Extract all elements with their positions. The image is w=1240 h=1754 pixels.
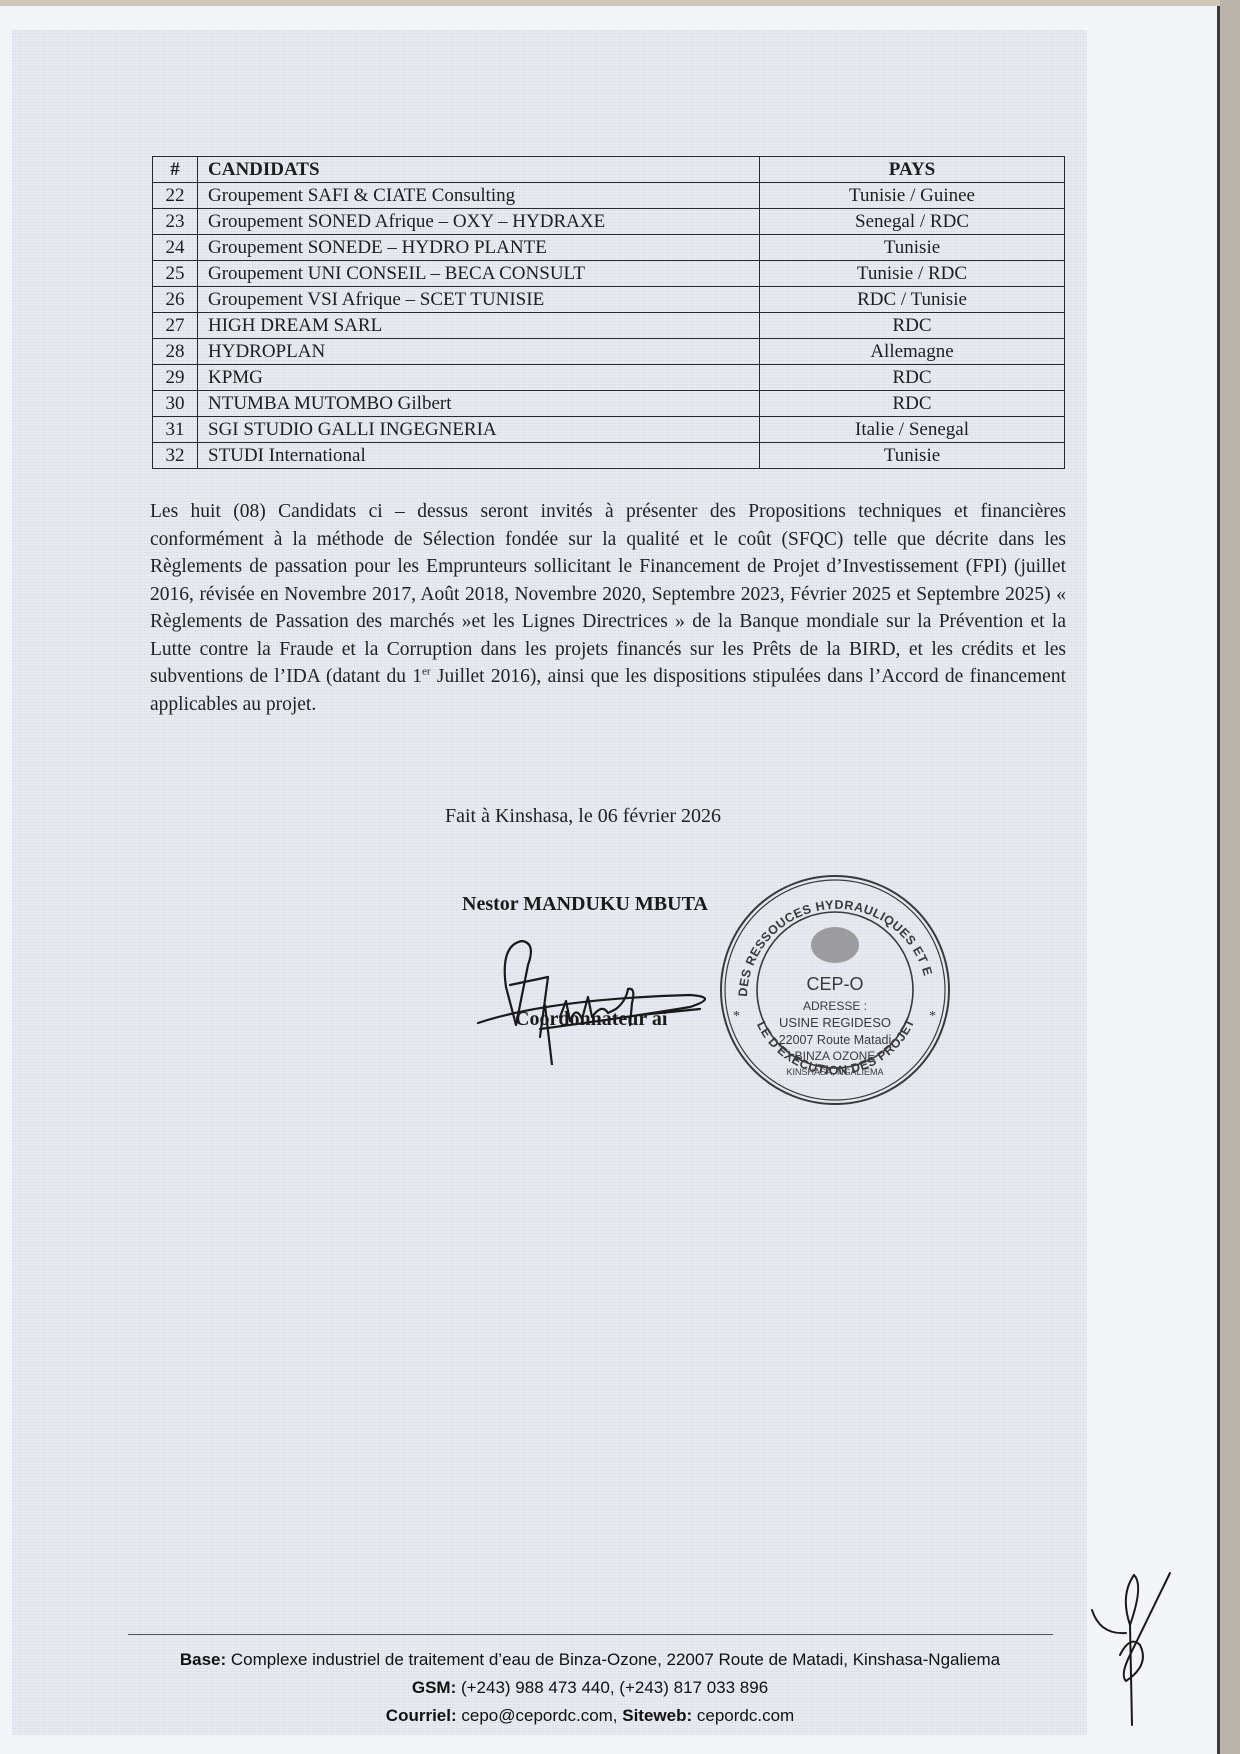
table-row: 30NTUMBA MUTOMBO GilbertRDC [153,391,1065,417]
footer-base-line: Base: Complexe industriel de traitement … [110,1646,1070,1674]
table-row: 24Groupement SONEDE – HYDRO PLANTETunisi… [153,235,1065,261]
footer-divider [128,1634,1053,1635]
paragraph-superscript: er [422,666,431,678]
row-number: 25 [153,261,198,287]
row-country: Italie / Senegal [760,417,1065,443]
svg-text:KINSHASA, NGALIEMA: KINSHASA, NGALIEMA [786,1067,883,1077]
row-country: RDC [760,365,1065,391]
row-candidate: Groupement SAFI & CIATE Consulting [198,183,760,209]
table-body: 22Groupement SAFI & CIATE ConsultingTuni… [153,183,1065,469]
row-country: Tunisie [760,235,1065,261]
handwritten-signature-icon [470,925,730,1065]
row-candidate: SGI STUDIO GALLI INGEGNERIA [198,417,760,443]
header-pays: PAYS [760,157,1065,183]
row-candidate: NTUMBA MUTOMBO Gilbert [198,391,760,417]
svg-text:USINE REGIDESO: USINE REGIDESO [779,1015,891,1030]
row-country: Senegal / RDC [760,209,1065,235]
table-row: 23Groupement SONED Afrique – OXY – HYDRA… [153,209,1065,235]
row-country: Tunisie [760,443,1065,469]
row-country: RDC / Tunisie [760,287,1065,313]
svg-text:*: * [733,1009,740,1024]
row-candidate: HYDROPLAN [198,339,760,365]
candidates-table: # CANDIDATS PAYS 22Groupement SAFI & CIA… [152,156,1065,469]
footer-email-text: cepo@cepordc.com, [457,1706,623,1725]
row-number: 23 [153,209,198,235]
row-number: 29 [153,365,198,391]
row-candidate: KPMG [198,365,760,391]
svg-text:22007 Route Matadi: 22007 Route Matadi [779,1033,892,1047]
header-num: # [153,157,198,183]
table-row: 32STUDI InternationalTunisie [153,443,1065,469]
scan-background [1220,0,1240,1754]
initials-signature-icon [1090,1565,1200,1730]
row-number: 30 [153,391,198,417]
row-number: 31 [153,417,198,443]
row-number: 32 [153,443,198,469]
official-stamp-icon: MINISTERE DES RESSOUCES HYDRAULIQUES ET … [715,870,955,1110]
header-candidats: CANDIDATS [198,157,760,183]
table-row: 31SGI STUDIO GALLI INGEGNERIAItalie / Se… [153,417,1065,443]
footer: Base: Complexe industriel de traitement … [110,1646,1070,1730]
footer-base-label: Base: [180,1650,226,1669]
row-country: RDC [760,313,1065,339]
row-candidate: Groupement SONEDE – HYDRO PLANTE [198,235,760,261]
signer-title: Coordonnateur ai [515,1008,667,1031]
row-country: Tunisie / RDC [760,261,1065,287]
page-edge [1217,6,1220,1754]
svg-text:BINZA OZONE: BINZA OZONE [795,1049,876,1063]
table-row: 22Groupement SAFI & CIATE ConsultingTuni… [153,183,1065,209]
scan-top-edge [0,0,1240,6]
row-number: 22 [153,183,198,209]
footer-contact-line: Courriel: cepo@cepordc.com, Siteweb: cep… [110,1702,1070,1730]
row-candidate: Groupement VSI Afrique – SCET TUNISIE [198,287,760,313]
svg-text:CEP-O: CEP-O [806,974,863,994]
footer-gsm-label: GSM: [412,1678,456,1697]
row-candidate: STUDI International [198,443,760,469]
footer-base-text: Complexe industriel de traitement d’eau … [226,1650,1000,1669]
row-country: Allemagne [760,339,1065,365]
paragraph-text: Les huit (08) Candidats ci – dessus sero… [150,501,1066,687]
svg-text:ADRESSE :: ADRESSE : [803,999,867,1013]
svg-text:*: * [929,1009,936,1024]
footer-gsm-line: GSM: (+243) 988 473 440, (+243) 817 033 … [110,1674,1070,1702]
table-row: 26Groupement VSI Afrique – SCET TUNISIER… [153,287,1065,313]
footer-gsm-text: (+243) 988 473 440, (+243) 817 033 896 [456,1678,768,1697]
table-row: 27HIGH DREAM SARLRDC [153,313,1065,339]
row-candidate: Groupement UNI CONSEIL – BECA CONSULT [198,261,760,287]
footer-site-label: Siteweb: [622,1706,692,1725]
table-row: 29KPMGRDC [153,365,1065,391]
table-row: 25Groupement UNI CONSEIL – BECA CONSULTT… [153,261,1065,287]
row-number: 26 [153,287,198,313]
row-candidate: Groupement SONED Afrique – OXY – HYDRAXE [198,209,760,235]
table-header-row: # CANDIDATS PAYS [153,157,1065,183]
row-candidate: HIGH DREAM SARL [198,313,760,339]
row-number: 27 [153,313,198,339]
row-country: Tunisie / Guinee [760,183,1065,209]
row-number: 28 [153,339,198,365]
place-date: Fait à Kinshasa, le 06 février 2026 [445,805,721,828]
row-number: 24 [153,235,198,261]
body-paragraph: Les huit (08) Candidats ci – dessus sero… [150,498,1066,718]
row-country: RDC [760,391,1065,417]
footer-site-text: cepordc.com [692,1706,794,1725]
footer-email-label: Courriel: [386,1706,457,1725]
signer-name: Nestor MANDUKU MBUTA [462,893,708,916]
table-row: 28HYDROPLANAllemagne [153,339,1065,365]
